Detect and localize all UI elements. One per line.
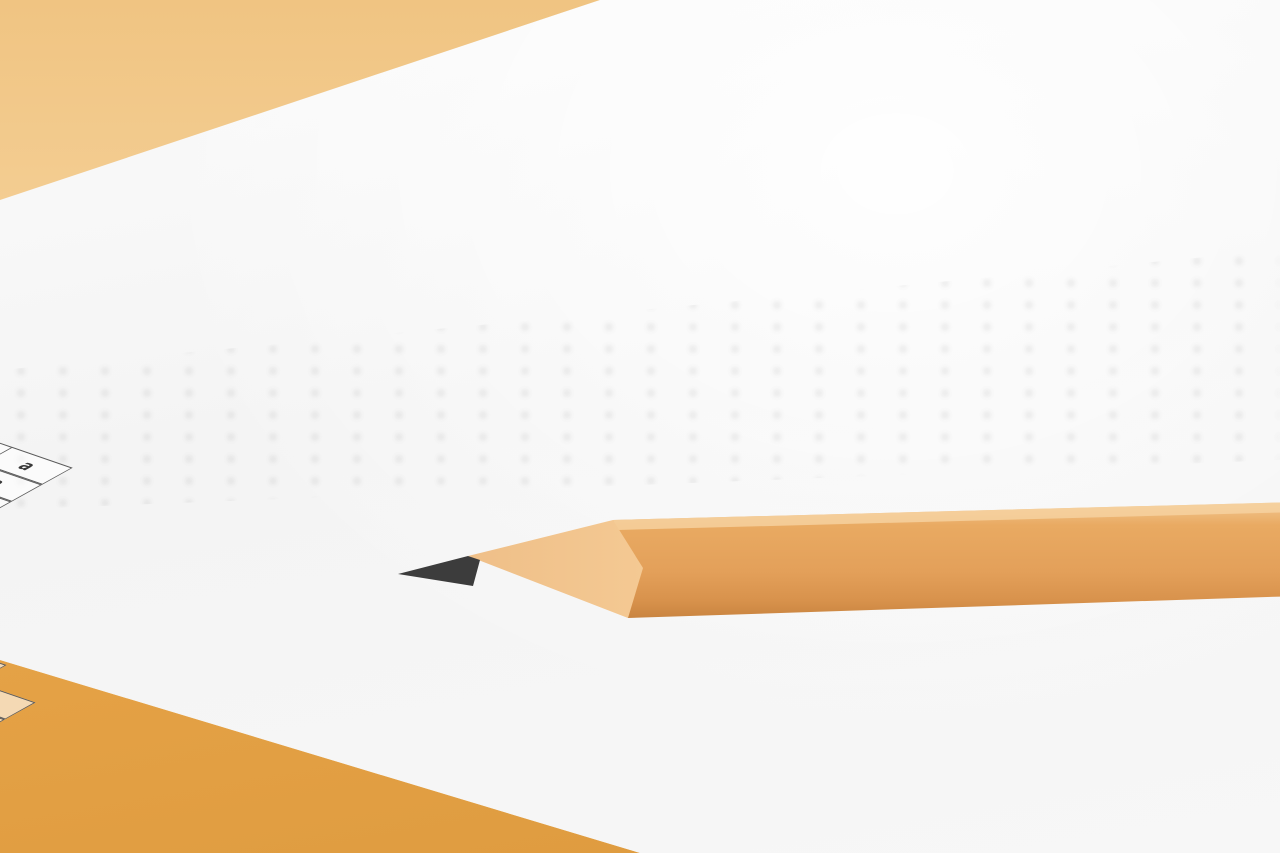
photo-scene: 7a8a9a10a11a12a13ab14abc15abcd16abcde17a… — [0, 0, 1280, 853]
pencil — [398, 498, 1280, 618]
pencil-lead-tip — [398, 556, 480, 586]
pencil-sharpened-wood — [468, 520, 643, 618]
